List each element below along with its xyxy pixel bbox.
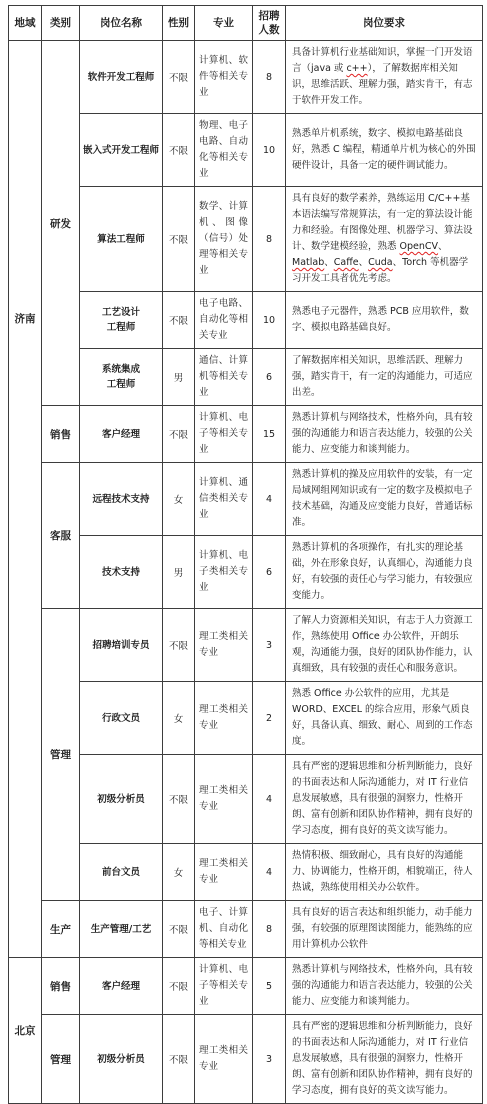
requirement-cell: 熟悉单片机系统，数字、模拟电路基础良好，熟悉 C 编程，精通单片机为核心的外围硬… xyxy=(286,114,483,187)
table-row: 销售客户经理不限计算机、电子等相关专业15熟悉计算机与网络技术，性格外向，具有较… xyxy=(9,406,483,463)
major-cell: 计算机、通信类相关专业 xyxy=(195,463,253,536)
major-cell: 计算机、电子类相关专业 xyxy=(195,536,253,609)
requirement-cell: 具有严密的逻辑思维和分析判断能力，良好的书面表达和人际沟通能力，对 IT 行业信… xyxy=(286,755,483,844)
header-row: 地域类别岗位名称性别专业招聘人数岗位要求 xyxy=(9,6,483,41)
gender-cell: 男 xyxy=(163,536,195,609)
document-sheet: 地域类别岗位名称性别专业招聘人数岗位要求 济南研发软件开发工程师不限计算机、软件… xyxy=(0,0,487,1104)
gender-cell: 女 xyxy=(163,463,195,536)
major-cell: 理工类相关专业 xyxy=(195,1015,253,1104)
requirement-cell: 熟悉计算机与网络技术，性格外向，具有较强的沟通能力和语言表达能力，较强的公关能力… xyxy=(286,958,483,1015)
major-cell: 计算机、软件等相关专业 xyxy=(195,41,253,114)
column-header-requirement: 岗位要求 xyxy=(286,6,483,41)
table-row: 初级分析员不限理工类相关专业4具有严密的逻辑思维和分析判断能力，良好的书面表达和… xyxy=(9,755,483,844)
major-cell: 计算机、电子等相关专业 xyxy=(195,958,253,1015)
misspelled-word: OpenCV xyxy=(400,241,439,252)
requirement-cell: 热情积极、细致耐心，具有良好的沟通能力、协调能力，性格开朗，相貌端正，待人热诚，… xyxy=(286,844,483,901)
position-cell: 初级分析员 xyxy=(80,755,163,844)
category-cell: 销售 xyxy=(42,406,80,463)
region-label: 济南 xyxy=(10,311,40,326)
position-cell: 初级分析员 xyxy=(80,1015,163,1104)
requirement-text: 、 xyxy=(324,257,334,268)
column-header-category: 类别 xyxy=(42,6,80,41)
category-cell: 研发 xyxy=(42,41,80,406)
gender-cell: 女 xyxy=(163,682,195,755)
major-cell: 计算机、电子等相关专业 xyxy=(195,406,253,463)
category-cell: 生产 xyxy=(42,901,80,958)
gender-cell: 不限 xyxy=(163,958,195,1015)
major-cell: 通信、计算机等相关专业 xyxy=(195,349,253,406)
table-row: 管理初级分析员不限理工类相关专业3具有严密的逻辑思维和分析判断能力，良好的书面表… xyxy=(9,1015,483,1104)
gender-cell: 不限 xyxy=(163,406,195,463)
position-cell: 工艺设计 工程师 xyxy=(80,292,163,349)
requirement-text: 热情积极、细致耐心，具有良好的沟通能力、协调能力，性格开朗，相貌端正，待人热诚，… xyxy=(292,850,473,893)
major-cell: 理工类相关专业 xyxy=(195,682,253,755)
requirement-text: 熟悉电子元器件，熟悉 PCB 应用软件，数字、模拟电路基础良好。 xyxy=(292,306,469,333)
major-cell: 电子电路、自动化等相关专业 xyxy=(195,292,253,349)
requirement-cell: 熟悉电子元器件，熟悉 PCB 应用软件，数字、模拟电路基础良好。 xyxy=(286,292,483,349)
table-row: 算法工程师不限数学、计算机、图像（信号）处理等相关专业8具有良好的数学素养，熟练… xyxy=(9,187,483,292)
table-row: 行政文员女理工类相关专业2熟悉 Office 办公软件的应用，尤其是 WORD、… xyxy=(9,682,483,755)
column-header-count: 招聘人数 xyxy=(253,6,286,41)
region-cell: 北京 xyxy=(9,958,42,1104)
recruitment-table: 地域类别岗位名称性别专业招聘人数岗位要求 济南研发软件开发工程师不限计算机、软件… xyxy=(8,5,483,1104)
table-row: 客服远程技术支持女计算机、通信类相关专业4熟悉计算机的操及应用软件的安装，有一定… xyxy=(9,463,483,536)
position-cell: 嵌入式开发工程师 xyxy=(80,114,163,187)
requirement-text: 具有良好的语言表达和组织能力，动手能力强，有较强的原理图读图能力，能熟练的应用计… xyxy=(292,907,473,950)
requirement-cell: 具有良好的数学素养，熟练运用 C/C++基本语法编写常规算法，有一定的算法设计能… xyxy=(286,187,483,292)
requirement-text: 了解数据库相关知识，思维活跃、理解力强，踏实肯干，有一定的沟通能力，可适应出差。 xyxy=(292,355,473,398)
gender-cell: 不限 xyxy=(163,755,195,844)
position-cell: 软件开发工程师 xyxy=(80,41,163,114)
requirement-text: 、 xyxy=(359,257,369,268)
headcount-cell: 10 xyxy=(253,292,286,349)
requirement-text: 熟悉计算机与网络技术，性格外向，具有较强的沟通能力和语言表达能力，较强的公关能力… xyxy=(292,964,473,1007)
gender-cell: 不限 xyxy=(163,901,195,958)
requirement-cell: 熟悉计算机的操及应用软件的安装，有一定局域网组网知识或有一定的数字及模拟电子技术… xyxy=(286,463,483,536)
requirement-text: 熟悉计算机的操及应用软件的安装，有一定局域网组网知识或有一定的数字及模拟电子技术… xyxy=(292,469,473,528)
table-row: 工艺设计 工程师不限电子电路、自动化等相关专业10熟悉电子元器件，熟悉 PCB … xyxy=(9,292,483,349)
requirement-text: 熟悉计算机的各项操作，有扎实的理论基础，外在形象良好，认真细心，沟通能力良好，有… xyxy=(292,542,473,601)
requirement-cell: 了解数据库相关知识，思维活跃、理解力强，踏实肯干，有一定的沟通能力，可适应出差。 xyxy=(286,349,483,406)
headcount-cell: 3 xyxy=(253,609,286,682)
column-header-region: 地域 xyxy=(9,6,42,41)
table-row: 系统集成 工程师男通信、计算机等相关专业6了解数据库相关知识，思维活跃、理解力强… xyxy=(9,349,483,406)
table-row: 济南研发软件开发工程师不限计算机、软件等相关专业8具备计算机行业基础知识，掌握一… xyxy=(9,41,483,114)
column-header-position: 岗位名称 xyxy=(80,6,163,41)
headcount-cell: 6 xyxy=(253,349,286,406)
position-cell: 前台文员 xyxy=(80,844,163,901)
major-cell: 理工类相关专业 xyxy=(195,755,253,844)
gender-cell: 男 xyxy=(163,349,195,406)
major-cell: 理工类相关专业 xyxy=(195,609,253,682)
requirement-cell: 具有严密的逻辑思维和分析判断能力，良好的书面表达和人际沟通能力，对 IT 行业信… xyxy=(286,1015,483,1104)
position-cell: 客户经理 xyxy=(80,406,163,463)
requirement-cell: 熟悉计算机的各项操作，有扎实的理论基础，外在形象良好，认真细心，沟通能力良好，有… xyxy=(286,536,483,609)
position-cell: 行政文员 xyxy=(80,682,163,755)
headcount-cell: 8 xyxy=(253,187,286,292)
misspelled-word: c++ xyxy=(346,63,367,74)
misspelled-word: Caffe xyxy=(334,257,359,268)
table-row: 北京销售客户经理不限计算机、电子等相关专业5熟悉计算机与网络技术，性格外向，具有… xyxy=(9,958,483,1015)
major-cell: 数学、计算机、图像（信号）处理等相关专业 xyxy=(195,187,253,292)
gender-cell: 女 xyxy=(163,844,195,901)
major-cell: 理工类相关专业 xyxy=(195,844,253,901)
category-cell: 客服 xyxy=(42,463,80,609)
column-header-gender: 性别 xyxy=(163,6,195,41)
requirement-text: 熟悉计算机与网络技术，性格外向，具有较强的沟通能力和语言表达能力，较强的公关能力… xyxy=(292,412,473,455)
position-cell: 系统集成 工程师 xyxy=(80,349,163,406)
headcount-cell: 6 xyxy=(253,536,286,609)
position-cell: 算法工程师 xyxy=(80,187,163,292)
table-row: 技术支持男计算机、电子类相关专业6熟悉计算机的各项操作，有扎实的理论基础，外在形… xyxy=(9,536,483,609)
position-cell: 客户经理 xyxy=(80,958,163,1015)
headcount-cell: 5 xyxy=(253,958,286,1015)
category-cell: 管理 xyxy=(42,1015,80,1104)
gender-cell: 不限 xyxy=(163,609,195,682)
region-cell: 济南 xyxy=(9,41,42,958)
position-cell: 技术支持 xyxy=(80,536,163,609)
gender-cell: 不限 xyxy=(163,187,195,292)
requirement-text: 熟悉 Office 办公软件的应用，尤其是 WORD、EXCEL 的综合应用，形… xyxy=(292,688,473,747)
table-row: 前台文员女理工类相关专业4热情积极、细致耐心，具有良好的沟通能力、协调能力，性格… xyxy=(9,844,483,901)
gender-cell: 不限 xyxy=(163,41,195,114)
headcount-cell: 8 xyxy=(253,41,286,114)
table-row: 嵌入式开发工程师不限物理、电子电路、自动化等相关专业10熟悉单片机系统，数字、模… xyxy=(9,114,483,187)
position-cell: 招聘培训专员 xyxy=(80,609,163,682)
table-header: 地域类别岗位名称性别专业招聘人数岗位要求 xyxy=(9,6,483,41)
requirement-text: 具有严密的逻辑思维和分析判断能力，良好的书面表达和人际沟通能力，对 IT 行业信… xyxy=(292,1021,473,1096)
category-cell: 管理 xyxy=(42,609,80,901)
headcount-cell: 3 xyxy=(253,1015,286,1104)
gender-cell: 不限 xyxy=(163,292,195,349)
requirement-text: 、 xyxy=(438,241,448,252)
category-cell: 销售 xyxy=(42,958,80,1015)
requirement-cell: 具备计算机行业基础知识，掌握一门开发语言（java 或 c++），了解数据库相关… xyxy=(286,41,483,114)
requirement-cell: 熟悉计算机与网络技术，性格外向，具有较强的沟通能力和语言表达能力，较强的公关能力… xyxy=(286,406,483,463)
table-row: 管理招聘培训专员不限理工类相关专业3了解人力资源相关知识，有志于人力资源工作，熟… xyxy=(9,609,483,682)
headcount-cell: 15 xyxy=(253,406,286,463)
major-cell: 物理、电子电路、自动化等相关专业 xyxy=(195,114,253,187)
requirement-cell: 具有良好的语言表达和组织能力，动手能力强，有较强的原理图读图能力，能熟练的应用计… xyxy=(286,901,483,958)
headcount-cell: 2 xyxy=(253,682,286,755)
requirement-cell: 了解人力资源相关知识，有志于人力资源工作，熟练使用 Office 办公软件，开朗… xyxy=(286,609,483,682)
requirement-text: 具有严密的逻辑思维和分析判断能力，良好的书面表达和人际沟通能力，对 IT 行业信… xyxy=(292,761,473,836)
column-header-major: 专业 xyxy=(195,6,253,41)
headcount-cell: 10 xyxy=(253,114,286,187)
table-row: 生产生产管理/工艺不限电子、计算机、自动化等相关专业8具有良好的语言表达和组织能… xyxy=(9,901,483,958)
requirement-cell: 熟悉 Office 办公软件的应用，尤其是 WORD、EXCEL 的综合应用，形… xyxy=(286,682,483,755)
gender-cell: 不限 xyxy=(163,114,195,187)
headcount-cell: 4 xyxy=(253,844,286,901)
table-body: 济南研发软件开发工程师不限计算机、软件等相关专业8具备计算机行业基础知识，掌握一… xyxy=(9,41,483,1104)
misspelled-word: Matlab xyxy=(292,257,324,268)
headcount-cell: 8 xyxy=(253,901,286,958)
position-cell: 远程技术支持 xyxy=(80,463,163,536)
requirement-text: 熟悉单片机系统，数字、模拟电路基础良好，熟悉 C 编程，精通单片机为核心的外围硬… xyxy=(292,128,476,171)
position-cell: 生产管理/工艺 xyxy=(80,901,163,958)
headcount-cell: 4 xyxy=(253,755,286,844)
headcount-cell: 4 xyxy=(253,463,286,536)
requirement-text: 了解人力资源相关知识，有志于人力资源工作，熟练使用 Office 办公软件，开朗… xyxy=(292,615,473,674)
misspelled-word: Cuda xyxy=(368,257,393,268)
major-cell: 电子、计算机、自动化等相关专业 xyxy=(195,901,253,958)
gender-cell: 不限 xyxy=(163,1015,195,1104)
region-label: 北京 xyxy=(10,1023,40,1038)
